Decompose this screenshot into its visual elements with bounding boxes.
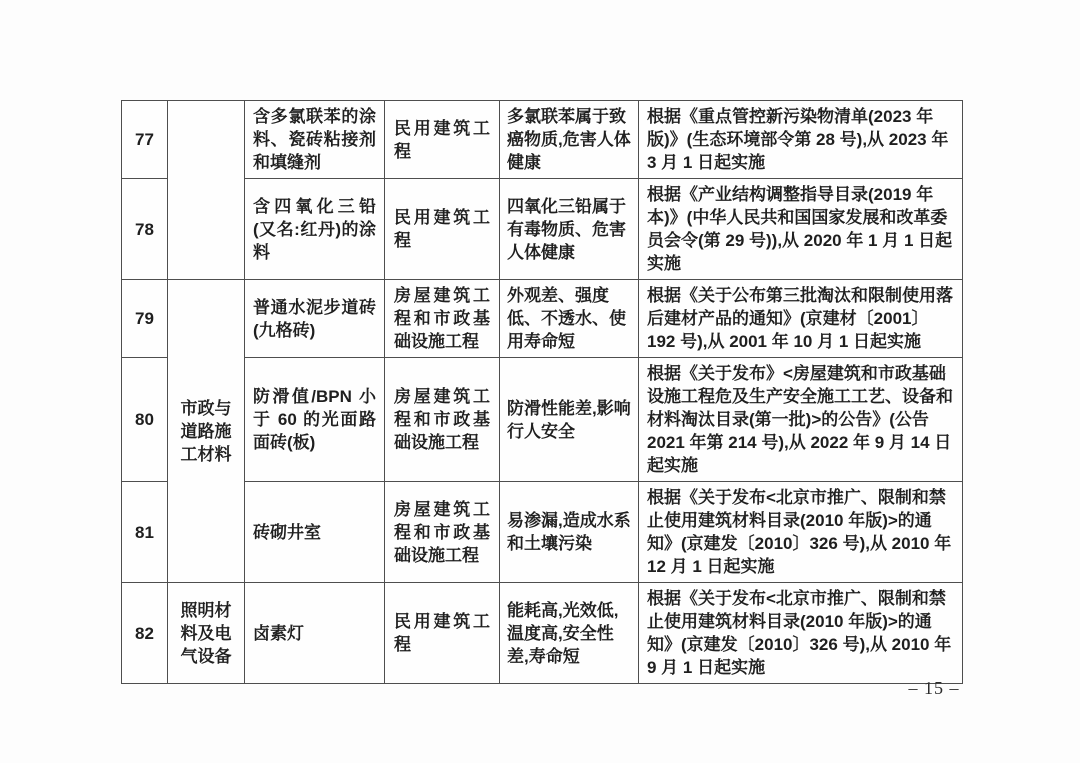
- cell-project-scope: 房屋建筑工程和市政基础设施工程: [385, 280, 500, 358]
- cell-project-scope: 民用建筑工程: [385, 101, 500, 179]
- table-row: 81 砖砌井室 房屋建筑工程和市政基础设施工程 易渗漏,造成水系和土壤污染 根据…: [122, 482, 963, 583]
- cell-row-number: 78: [122, 179, 168, 280]
- cell-project-scope: 民用建筑工程: [385, 179, 500, 280]
- cell-legal-basis: 根据《关于发布<北京市推广、限制和禁止使用建筑材料目录(2010 年版)>的通知…: [639, 583, 963, 684]
- cell-ban-reason: 防滑性能差,影响行人安全: [500, 358, 639, 482]
- cell-legal-basis: 根据《关于发布<北京市推广、限制和禁止使用建筑材料目录(2010 年版)>的通知…: [639, 482, 963, 583]
- cell-category-group: 照明材料及电气设备: [168, 583, 245, 684]
- table-row: 80 防滑值/BPN 小于 60 的光面路面砖(板) 房屋建筑工程和市政基础设施…: [122, 358, 963, 482]
- cell-ban-reason: 能耗高,光效低,温度高,安全性差,寿命短: [500, 583, 639, 684]
- cell-material-name: 含多氯联苯的涂料、瓷砖粘接剂和填缝剂: [245, 101, 385, 179]
- cell-legal-basis: 根据《重点管控新污染物清单(2023 年版)》(生态环境部令第 28 号),从 …: [639, 101, 963, 179]
- cell-project-scope: 房屋建筑工程和市政基础设施工程: [385, 358, 500, 482]
- cell-material-name: 砖砌井室: [245, 482, 385, 583]
- table-row: 79 市政与道路施工材料 普通水泥步道砖(九格砖) 房屋建筑工程和市政基础设施工…: [122, 280, 963, 358]
- page-number: – 15 –: [903, 678, 965, 699]
- cell-ban-reason: 多氯联苯属于致癌物质,危害人体健康: [500, 101, 639, 179]
- cell-material-name: 防滑值/BPN 小于 60 的光面路面砖(板): [245, 358, 385, 482]
- cell-row-number: 81: [122, 482, 168, 583]
- document-page: 77 含多氯联苯的涂料、瓷砖粘接剂和填缝剂 民用建筑工程 多氯联苯属于致癌物质,…: [0, 0, 1080, 763]
- cell-legal-basis: 根据《产业结构调整指导目录(2019 年本)》(中华人民共和国国家发展和改革委员…: [639, 179, 963, 280]
- cell-material-name: 普通水泥步道砖(九格砖): [245, 280, 385, 358]
- banned-materials-table: 77 含多氯联苯的涂料、瓷砖粘接剂和填缝剂 民用建筑工程 多氯联苯属于致癌物质,…: [121, 100, 963, 684]
- cell-row-number: 80: [122, 358, 168, 482]
- cell-category-group: [168, 101, 245, 280]
- cell-ban-reason: 外观差、强度低、不透水、使用寿命短: [500, 280, 639, 358]
- cell-material-name: 含四氧化三铅(又名:红丹)的涂料: [245, 179, 385, 280]
- table-row: 77 含多氯联苯的涂料、瓷砖粘接剂和填缝剂 民用建筑工程 多氯联苯属于致癌物质,…: [122, 101, 963, 179]
- cell-category-group: 市政与道路施工材料: [168, 280, 245, 583]
- cell-project-scope: 民用建筑工程: [385, 583, 500, 684]
- table-row: 82 照明材料及电气设备 卤素灯 民用建筑工程 能耗高,光效低,温度高,安全性差…: [122, 583, 963, 684]
- cell-ban-reason: 易渗漏,造成水系和土壤污染: [500, 482, 639, 583]
- cell-material-name: 卤素灯: [245, 583, 385, 684]
- cell-project-scope: 房屋建筑工程和市政基础设施工程: [385, 482, 500, 583]
- cell-row-number: 79: [122, 280, 168, 358]
- cell-ban-reason: 四氧化三铅属于有毒物质、危害人体健康: [500, 179, 639, 280]
- cell-legal-basis: 根据《关于发布》<房屋建筑和市政基础设施工程危及生产安全施工工艺、设备和材料淘汰…: [639, 358, 963, 482]
- table-row: 78 含四氧化三铅(又名:红丹)的涂料 民用建筑工程 四氧化三铅属于有毒物质、危…: [122, 179, 963, 280]
- cell-legal-basis: 根据《关于公布第三批淘汰和限制使用落后建材产品的通知》(京建材〔2001〕192…: [639, 280, 963, 358]
- cell-row-number: 82: [122, 583, 168, 684]
- cell-row-number: 77: [122, 101, 168, 179]
